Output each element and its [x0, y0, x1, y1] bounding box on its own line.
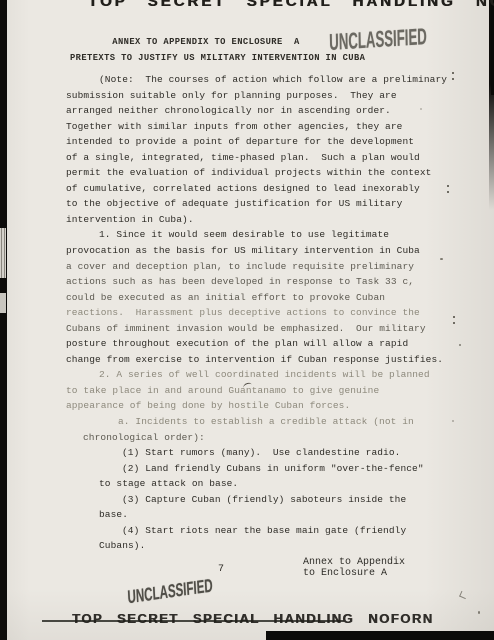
document-line: intervention in Cuba).	[0, 214, 494, 230]
unclassified-stamp-bottom: UNCLASSIFIED	[127, 575, 213, 609]
title-block: ANNEX TO APPENDIX TO ENCLOSURE A PRETEXT…	[70, 34, 342, 66]
document-title: PRETEXTS TO JUSTIFY US MILITARY INTERVEN…	[70, 50, 342, 66]
footer-reference-line2: to Enclosure A	[303, 568, 387, 579]
scan-artifact	[452, 72, 454, 80]
document-line: Cubans).	[0, 540, 494, 556]
document-line: permit the evaluation of individual proj…	[0, 167, 494, 183]
document-line: posture throughout execution of the plan…	[0, 338, 494, 354]
page-number: 7	[218, 564, 224, 575]
scan-artifact	[459, 344, 461, 346]
document-line: reactions. Harassment plus deceptive act…	[0, 307, 494, 323]
footer-reference: Annex to Appendixto Enclosure A	[303, 557, 405, 579]
footer-reference-line1: Annex to Appendix	[303, 557, 405, 568]
document-line: a cover and deception plan, to include r…	[0, 261, 494, 277]
scan-artifact	[478, 611, 480, 614]
document-line: appearance of being done by hostile Cuba…	[0, 400, 494, 416]
document-line: of a single, integrated, time-phased pla…	[0, 152, 494, 168]
scan-artifact	[440, 258, 443, 260]
document-line: Cubans of imminent invasion would be emp…	[0, 323, 494, 339]
scan-artifact	[452, 420, 454, 422]
document-body: (Note: The courses of action which follo…	[0, 74, 494, 556]
scan-artifact	[420, 108, 422, 110]
document-line: change from exercise to intervention if …	[0, 354, 494, 370]
document-line: (1) Start rumors (many). Use clandestine…	[0, 447, 494, 463]
document-line: to the objective of adequate justificati…	[0, 198, 494, 214]
document-page: TOP SECRET SPECIAL HANDLING NOFORN UNCLA…	[0, 0, 494, 640]
annex-title: ANNEX TO APPENDIX TO ENCLOSURE A	[70, 34, 342, 50]
classification-banner-bottom: TOP SECRET SPECIAL HANDLING NOFORN	[72, 611, 433, 626]
document-line: to stage attack on base.	[0, 478, 494, 494]
document-line: (Note: The courses of action which follo…	[0, 74, 494, 90]
document-line: actions such as has been developed in re…	[0, 276, 494, 292]
scan-artifact	[447, 185, 449, 193]
document-line: (2) Land friendly Cubans in uniform "ove…	[0, 463, 494, 479]
document-line: (3) Capture Cuban (friendly) saboteurs i…	[0, 494, 494, 510]
classification-banner-top: TOP SECRET SPECIAL HANDLING NOFORN	[88, 0, 494, 10]
scan-edge-bottom	[266, 631, 494, 640]
scan-artifact	[453, 316, 455, 324]
document-line: could be executed as an initial effort t…	[0, 292, 494, 308]
document-line: submission suitable only for planning pu…	[0, 90, 494, 106]
unclassified-stamp-top: UNCLASSIFIED	[329, 23, 427, 56]
document-line: 1. Since it would seem desirable to use …	[0, 229, 494, 245]
document-line: chronological order):	[0, 432, 494, 448]
document-line: base.	[0, 509, 494, 525]
document-line: of cumulative, correlated actions design…	[0, 183, 494, 199]
document-line: intended to provide a point of departure…	[0, 136, 494, 152]
document-line: a. Incidents to establish a credible att…	[0, 416, 494, 432]
document-line: (4) Start riots near the base main gate …	[0, 525, 494, 541]
scan-artifact	[459, 591, 468, 599]
document-line: provocation as the basis for US military…	[0, 245, 494, 261]
document-line: Together with similar inputs from other …	[0, 121, 494, 137]
